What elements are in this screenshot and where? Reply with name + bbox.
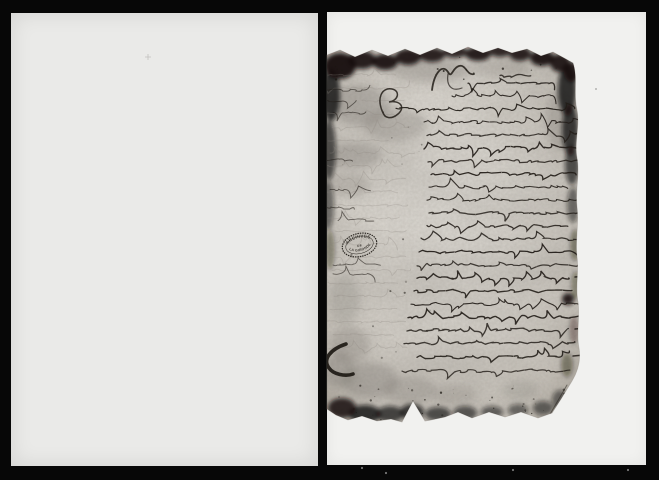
dark-stain	[443, 46, 467, 58]
soft-stain	[433, 385, 477, 405]
speck	[489, 400, 490, 401]
speck	[372, 325, 374, 327]
speck	[563, 389, 565, 391]
speck	[347, 421, 348, 422]
speck	[393, 62, 394, 63]
speck	[339, 263, 341, 265]
speck	[422, 413, 423, 414]
speck	[432, 46, 433, 47]
speck	[381, 422, 382, 423]
speck	[453, 393, 454, 394]
dark-stain	[561, 353, 573, 377]
dark-stain	[533, 401, 553, 415]
speck	[451, 52, 452, 53]
speck	[437, 403, 439, 405]
speck	[356, 412, 357, 413]
speck	[353, 408, 355, 410]
soft-stain	[329, 142, 381, 168]
speck	[466, 69, 467, 70]
speck	[531, 413, 532, 414]
speck	[566, 49, 567, 50]
dark-stain	[372, 54, 398, 70]
dust-speck	[361, 467, 363, 469]
dark-stain	[571, 271, 581, 299]
speck	[523, 403, 525, 405]
dark-stain	[400, 404, 424, 420]
speck	[429, 237, 430, 238]
speck	[411, 389, 413, 391]
dark-stain	[565, 145, 579, 185]
speck	[360, 47, 362, 49]
dark-stain	[465, 47, 491, 61]
speck	[342, 64, 343, 65]
dark-stain	[569, 316, 579, 344]
dust-speck	[385, 472, 387, 474]
dust-speck	[627, 469, 629, 471]
speck	[335, 66, 336, 67]
speck	[435, 74, 436, 75]
speck	[405, 281, 407, 283]
speck	[533, 398, 535, 400]
speck	[380, 419, 381, 420]
speck	[465, 395, 466, 396]
speck	[381, 357, 383, 359]
speck	[493, 408, 494, 409]
speck	[534, 422, 536, 424]
speck	[511, 388, 512, 389]
speck	[491, 397, 493, 399]
speck	[502, 68, 504, 70]
speck	[336, 75, 338, 77]
dark-stain	[481, 406, 503, 418]
manuscript-scan: ARCHIVES DE LA GIRONDE	[0, 0, 659, 480]
speck	[473, 72, 475, 74]
speck	[401, 164, 402, 165]
speck	[562, 415, 564, 417]
scan-viewer: ARCHIVES DE LA GIRONDE	[0, 0, 659, 480]
dark-stain	[376, 406, 404, 422]
speck	[370, 399, 372, 401]
line-end-dash	[581, 263, 592, 264]
speck	[374, 396, 375, 397]
backing-speck	[595, 88, 597, 90]
speck	[424, 399, 426, 401]
speck	[453, 389, 454, 390]
speck	[437, 68, 439, 70]
speck	[440, 392, 442, 394]
speck	[372, 415, 373, 416]
speck	[459, 421, 461, 423]
speck	[463, 78, 464, 79]
speck	[535, 404, 536, 405]
dark-stain	[489, 45, 511, 57]
line-end-dash	[575, 328, 586, 329]
line-end-dash	[573, 355, 584, 356]
speck	[540, 64, 542, 66]
speck	[419, 151, 420, 152]
speck	[408, 388, 409, 389]
speck	[527, 415, 528, 416]
speck	[395, 351, 397, 353]
dark-stain	[419, 48, 445, 62]
line-end-dash	[591, 146, 602, 147]
speck	[338, 75, 339, 76]
speck	[335, 78, 337, 80]
dust-speck	[512, 469, 514, 471]
speck	[513, 386, 514, 387]
dark-stain	[325, 230, 335, 270]
line-end-dash	[583, 302, 594, 303]
speck	[350, 254, 352, 256]
speck	[341, 70, 343, 72]
speck	[342, 164, 343, 165]
speck	[473, 48, 474, 49]
verso-speck	[145, 54, 151, 60]
speck	[337, 68, 338, 69]
speck	[459, 57, 460, 58]
speck	[492, 417, 494, 419]
speck	[441, 414, 443, 416]
line-end-dash	[575, 276, 586, 277]
speck	[524, 409, 526, 411]
dark-stain	[570, 229, 580, 261]
speck	[556, 68, 557, 69]
speck	[443, 70, 445, 72]
speck	[391, 137, 392, 138]
speck	[421, 144, 423, 146]
speck	[408, 127, 409, 128]
speck	[359, 385, 361, 387]
soft-stain	[330, 275, 360, 325]
line-end-dash	[583, 341, 594, 342]
soft-stain	[384, 376, 436, 404]
speck	[419, 55, 421, 57]
speck	[389, 290, 391, 292]
speck	[402, 238, 404, 240]
speck	[491, 423, 492, 424]
speck	[378, 388, 380, 390]
dark-stain	[322, 180, 334, 230]
speck	[543, 410, 544, 411]
speck	[522, 405, 523, 406]
soft-stain	[502, 380, 538, 400]
speck	[338, 396, 339, 397]
speck	[429, 309, 431, 311]
speck	[404, 292, 406, 294]
speck	[531, 69, 533, 71]
manuscript-page: ARCHIVES DE LA GIRONDE	[145, 40, 629, 474]
